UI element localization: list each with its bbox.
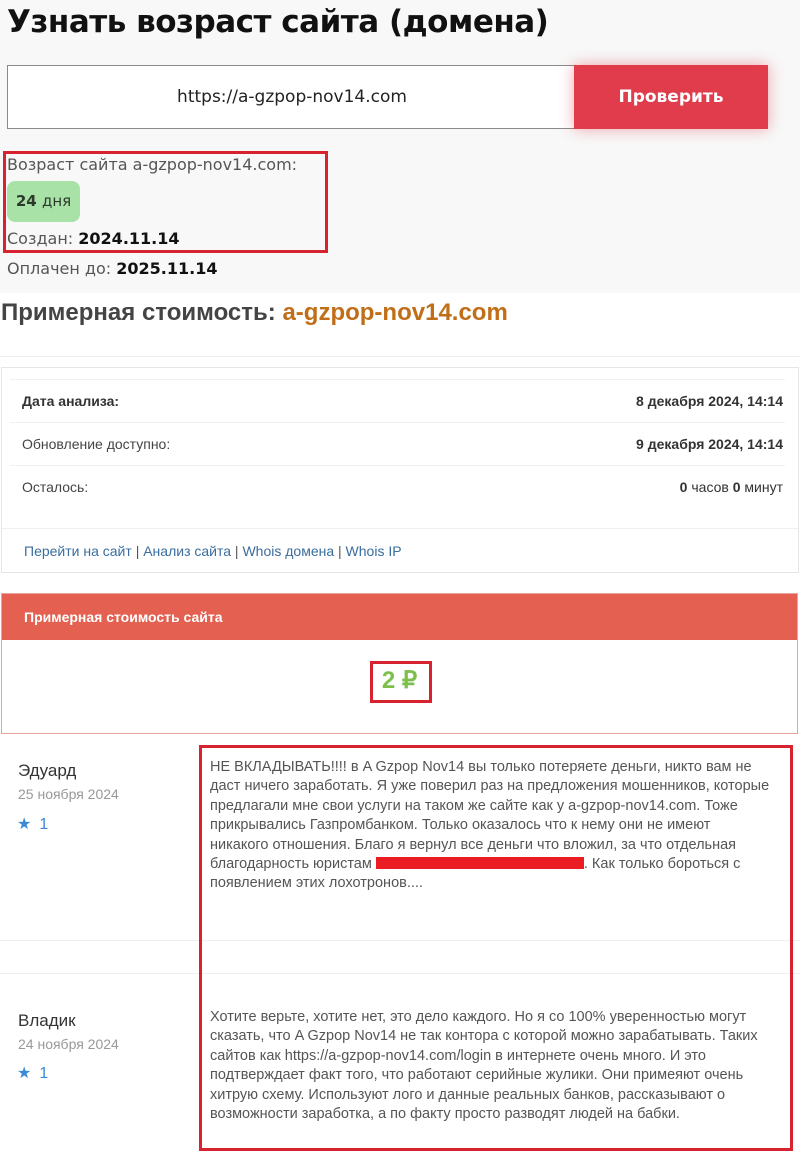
created-label: Создан: [7, 229, 73, 248]
cost-heading-prefix: Примерная стоимость: [1, 299, 276, 326]
check-button[interactable]: Проверить [574, 65, 768, 129]
age-number: 24 [16, 192, 37, 210]
info-row-analysis-date: Дата анализа: 8 декабря 2024, 14:14 [10, 379, 785, 421]
link-separator: | [338, 543, 342, 559]
star-icon: ★ [17, 1065, 31, 1082]
divider [0, 356, 800, 357]
age-unit: дня [42, 192, 71, 210]
info-label: Дата анализа: [22, 380, 119, 422]
review-date: 24 ноября 2024 [18, 1036, 119, 1052]
paid-value: 2025.11.14 [116, 259, 217, 278]
info-links: Перейти на сайт | Анализ сайта | Whois д… [2, 528, 798, 572]
info-value: 0 часов 0 минут [680, 466, 783, 508]
paid-label: Оплачен до: [7, 259, 111, 278]
age-badge: 24 дня [7, 181, 80, 222]
info-label: Осталось: [22, 466, 88, 508]
minutes-unit: минут [744, 479, 783, 495]
domain-input[interactable] [7, 65, 577, 129]
minutes-value: 0 [733, 479, 741, 495]
cost-heading: Примерная стоимость: a-gzpop-nov14.com [1, 299, 508, 327]
review-author: Эдуард [18, 761, 76, 781]
link-whois-domain[interactable]: Whois домена [242, 543, 334, 559]
info-row-remaining: Осталось: 0 часов 0 минут [10, 465, 785, 507]
paid-until: Оплачен до: 2025.11.14 [7, 259, 217, 278]
analysis-info-panel: Дата анализа: 8 декабря 2024, 14:14 Обно… [1, 367, 799, 573]
review-rating[interactable]: ★1 [17, 814, 48, 834]
created-date: Создан: 2024.11.14 [7, 229, 180, 248]
info-value: 8 декабря 2024, 14:14 [636, 380, 783, 422]
info-row-update-available: Обновление доступно: 9 декабря 2024, 14:… [10, 422, 785, 464]
link-whois-ip[interactable]: Whois IP [346, 543, 402, 559]
link-visit-site[interactable]: Перейти на сайт [24, 543, 132, 559]
hours-unit: часов [691, 479, 728, 495]
info-value: 9 декабря 2024, 14:14 [636, 423, 783, 465]
estimated-value-header: Примерная стоимость сайта [2, 594, 797, 640]
review-author: Владик [18, 1011, 76, 1031]
rating-count: 1 [39, 1065, 48, 1082]
estimated-value-panel: Примерная стоимость сайта 2 ₽ [1, 593, 798, 734]
hours-value: 0 [680, 479, 688, 495]
rating-count: 1 [39, 816, 48, 833]
age-label: Возраст сайта a-gzpop-nov14.com: [7, 155, 297, 174]
review-rating[interactable]: ★1 [17, 1063, 48, 1083]
link-separator: | [136, 543, 140, 559]
star-icon: ★ [17, 816, 31, 833]
page-title: Узнать возраст сайта (домена) [7, 4, 548, 40]
highlight-frame [370, 661, 432, 703]
link-site-analysis[interactable]: Анализ сайта [143, 543, 231, 559]
info-label: Обновление доступно: [22, 423, 170, 465]
created-value: 2024.11.14 [78, 229, 179, 248]
highlight-frame [199, 745, 793, 1151]
cost-heading-domain: a-gzpop-nov14.com [282, 299, 507, 326]
review-date: 25 ноября 2024 [18, 786, 119, 802]
link-separator: | [235, 543, 239, 559]
